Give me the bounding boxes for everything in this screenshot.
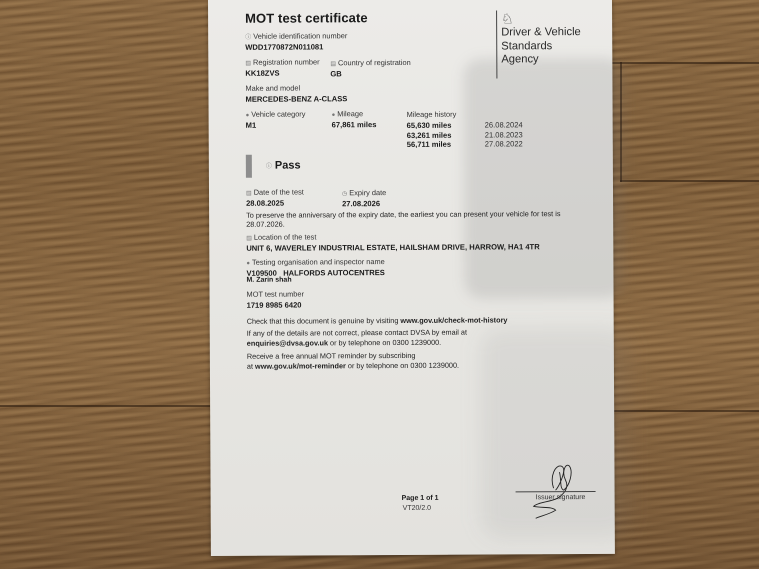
- check-mot-history-link[interactable]: www.gov.uk/check-mot-history: [400, 315, 507, 325]
- contact-note-line2: enquiries@dvsa.gov.uk or by telephone on…: [247, 338, 441, 348]
- contact-note-line1: If any of the details are not correct, p…: [247, 328, 467, 338]
- car-icon: ●: [246, 113, 250, 119]
- odometer-icon: ●: [332, 112, 336, 118]
- clock-icon: ◷: [342, 190, 347, 197]
- result-status: Pass: [275, 160, 301, 172]
- genuine-text: Check that this document is genuine by v…: [247, 316, 401, 326]
- vin-label-text: Vehicle identification number: [253, 31, 347, 40]
- category-label-text: Vehicle category: [251, 109, 305, 118]
- country-label: ▤Country of registration: [330, 58, 410, 67]
- floor-seam: [620, 180, 759, 182]
- mileage-label: ●Mileage: [332, 109, 364, 118]
- contact-phone-text: or by telephone on 0300 1239000.: [328, 338, 441, 348]
- genuine-note: Check that this document is genuine by v…: [247, 315, 508, 325]
- mileage-history-label: Mileage history: [407, 110, 457, 119]
- dvsa-name-line-3: Agency: [501, 53, 581, 67]
- history-date: 21.08.2023: [485, 130, 523, 140]
- test-date-value: 28.08.2025: [246, 199, 284, 208]
- person-icon: ●: [246, 261, 250, 267]
- country-value: GB: [330, 69, 341, 78]
- expiry-date-label-text: Expiry date: [349, 188, 386, 197]
- location-icon: ▤: [246, 235, 252, 242]
- page-indicator: Page 1 of 1: [402, 495, 439, 502]
- tick-icon: ⓘ: [266, 161, 272, 170]
- test-number-label: MOT test number: [247, 290, 304, 299]
- form-code: VT20/2.0: [403, 505, 431, 512]
- registration-label-text: Registration number: [253, 57, 320, 66]
- dvsa-name-line-2: Standards: [501, 40, 581, 54]
- hand-shadow: [463, 58, 624, 299]
- dvsa-logo: ♘ Driver & Vehicle Standards Agency: [496, 10, 581, 78]
- expiry-date-value: 27.08.2026: [342, 199, 380, 208]
- mileage-history-row: 63,261 miles 21.08.2023: [407, 130, 523, 140]
- mot-reminder-link[interactable]: www.gov.uk/mot-reminder: [255, 361, 346, 370]
- category-label: ●Vehicle category: [246, 109, 306, 118]
- mileage-history-table: 65,630 miles 26.08.2024 63,261 miles 21.…: [407, 120, 523, 149]
- country-label-text: Country of registration: [338, 58, 411, 67]
- dvsa-name-line-1: Driver & Vehicle: [501, 26, 581, 40]
- tester-label: ●Testing organisation and inspector name: [246, 257, 384, 267]
- location-value: UNIT 6, WAVERLEY INDUSTRIAL ESTATE, HAIL…: [246, 242, 539, 253]
- make-model-label: Make and model: [245, 84, 300, 93]
- reminder-note-line1: Receive a free annual MOT reminder by su…: [247, 351, 416, 361]
- test-date-label-text: Date of the test: [254, 188, 304, 197]
- result-bar: [246, 155, 252, 178]
- mileage-label-text: Mileage: [337, 109, 363, 118]
- tester-label-text: Testing organisation and inspector name: [252, 257, 385, 267]
- certificate-title: MOT test certificate: [245, 10, 368, 26]
- vin-value: WDD1770872N011081: [245, 42, 323, 51]
- anniversary-note: To preserve the anniversary of the expir…: [246, 209, 560, 220]
- location-label-text: Location of the test: [254, 232, 316, 241]
- floor-seam: [612, 62, 759, 64]
- org-name: HALFORDS AUTOCENTRES: [283, 268, 385, 278]
- mot-certificate-paper: MOT test certificate ♘ Driver & Vehicle …: [208, 0, 615, 556]
- flag-icon: ▤: [330, 60, 336, 67]
- reminder-prefix: at: [247, 362, 255, 371]
- reminder-phone-text: or by telephone on 0300 1239000.: [346, 361, 459, 371]
- plate-icon: ▤: [245, 60, 251, 67]
- history-date: 27.08.2022: [485, 139, 523, 149]
- location-label: ▤Location of the test: [246, 232, 316, 241]
- category-value: M1: [246, 121, 257, 130]
- mileage-value: 67,861 miles: [332, 120, 377, 129]
- calendar-icon: ▤: [246, 190, 252, 197]
- inspector-name: M. Zarin shah: [246, 277, 291, 284]
- floor-seam: [0, 405, 210, 407]
- info-icon: ⓘ: [245, 32, 251, 41]
- reminder-note-line2: at www.gov.uk/mot-reminder or by telepho…: [247, 361, 459, 371]
- anniversary-date: 28.07.2026.: [246, 220, 285, 229]
- registration-label: ▤Registration number: [245, 57, 319, 66]
- history-date: 26.08.2024: [485, 120, 523, 130]
- mileage-history-row: 65,630 miles 26.08.2024: [407, 120, 523, 130]
- history-miles: 63,261 miles: [407, 130, 485, 140]
- floor-seam: [612, 410, 759, 412]
- expiry-date-label: ◷Expiry date: [342, 188, 386, 197]
- test-date-label: ▤Date of the test: [246, 188, 304, 197]
- history-miles: 56,711 miles: [407, 140, 485, 150]
- dvsa-email-link[interactable]: enquiries@dvsa.gov.uk: [247, 338, 328, 347]
- test-number-value: 1719 8985 6420: [247, 301, 302, 310]
- royal-crest-icon: ♘: [501, 10, 581, 26]
- history-miles: 65,630 miles: [407, 121, 485, 131]
- signature-label: Issuer signature: [536, 494, 586, 501]
- mileage-history-row: 56,711 miles 27.08.2022: [407, 139, 523, 149]
- registration-value: KK18ZVS: [245, 69, 279, 78]
- vin-label: ⓘVehicle identification number: [245, 31, 347, 41]
- make-model-value: MERCEDES-BENZ A-CLASS: [245, 94, 347, 104]
